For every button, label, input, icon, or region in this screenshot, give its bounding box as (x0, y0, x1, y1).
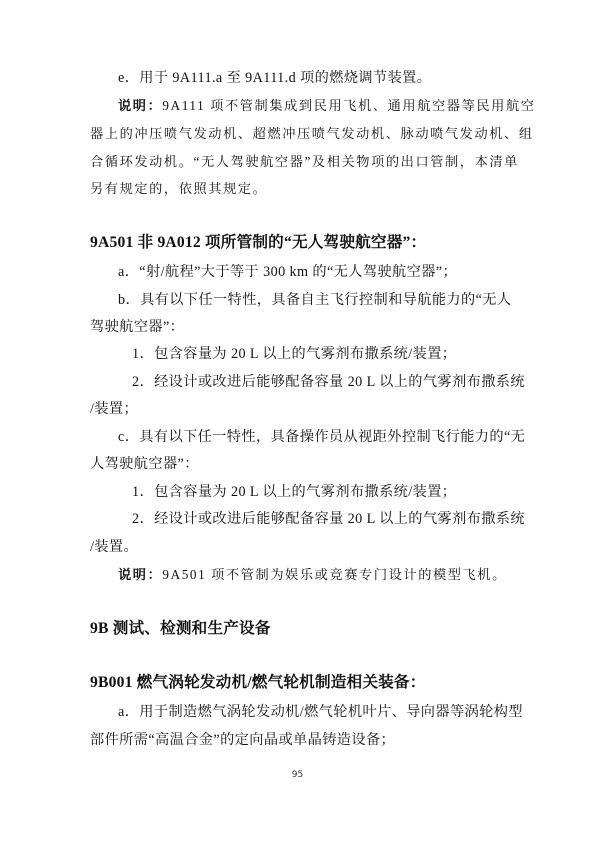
line-text: 合循环发动机。“无人驾驶航空器”及相关物项的出口管制，本清单 (90, 154, 519, 169)
line-text: 1．包含容量为 20 L 以上的气雾剂布撒系统/装置； (132, 484, 456, 500)
line-text: 9B 测试、检测和生产设备 (90, 620, 271, 637)
line-text: c．具有以下任一特性，具备操作员从视距外控制飞行能力的“无 (118, 429, 525, 445)
note-line: 合循环发动机。“无人驾驶航空器”及相关物项的出口管制，本清单 (90, 153, 519, 171)
line-text: /装置。 (90, 539, 138, 555)
text-line: b．具有以下任一特性，具备自主飞行控制和导航能力的“无人 (118, 291, 511, 309)
note-label: 说明： (118, 567, 162, 582)
line-text: 人驾驶航空器”： (90, 456, 199, 472)
line-text: 1．包含容量为 20 L 以上的气雾剂布撒系统/装置； (132, 346, 456, 362)
line-text: 9A501 非 9A012 项所管制的“无人驾驶航空器”： (90, 234, 426, 251)
text-line: c．具有以下任一特性，具备操作员从视距外控制飞行能力的“无 (118, 428, 525, 446)
line-text: 2．经设计或改进后能够配备容量 20 L 以上的气雾剂布撒系统 (132, 511, 525, 527)
line-text: a．用于制造燃气涡轮发动机/燃气轮机叶片、导向器等涡轮构型 (118, 704, 523, 720)
text-line: /装置； (90, 400, 138, 418)
line-text: a．“射/航程”大于等于 300 km 的“无人驾驶航空器”； (118, 264, 457, 280)
line-text: 9B001 燃气涡轮发动机/燃气轮机制造相关装备： (90, 674, 426, 691)
line-text: b．具有以下任一特性，具备自主飞行控制和导航能力的“无人 (118, 292, 511, 308)
line-text: e．用于 9A111.a 至 9A111.d 项的燃烧调节装置。 (118, 70, 431, 86)
page-number: 95 (0, 770, 595, 780)
text-line: 人驾驶航空器”： (90, 455, 199, 473)
section-heading: 9B001 燃气涡轮发动机/燃气轮机制造相关装备： (90, 674, 426, 692)
line-text: 2．经设计或改进后能够配备容量 20 L 以上的气雾剂布撒系统 (132, 374, 525, 390)
text-line: 2．经设计或改进后能够配备容量 20 L 以上的气雾剂布撒系统 (132, 373, 525, 391)
line-text: /装置； (90, 401, 138, 417)
text-line: e．用于 9A111.a 至 9A111.d 项的燃烧调节装置。 (118, 69, 431, 87)
section-heading: 9B 测试、检测和生产设备 (90, 620, 271, 638)
text-line: a．用于制造燃气涡轮发动机/燃气轮机叶片、导向器等涡轮构型 (118, 703, 523, 721)
note-label: 说明： (118, 98, 162, 113)
note-line: 器上的冲压喷气发动机、超燃冲压喷气发动机、脉动喷气发动机、组 (90, 125, 534, 143)
line-text: 部件所需“高温合金”的定向晶或单晶铸造设备； (90, 732, 395, 748)
text-line: 驾驶航空器”： (90, 318, 184, 336)
line-text: 9A501 项不管制为娱乐或竞赛专门设计的模型飞机。 (162, 567, 507, 582)
text-line: 2．经设计或改进后能够配备容量 20 L 以上的气雾剂布撒系统 (132, 510, 525, 528)
text-line: 1．包含容量为 20 L 以上的气雾剂布撒系统/装置； (132, 483, 456, 501)
text-line: 1．包含容量为 20 L 以上的气雾剂布撒系统/装置； (132, 345, 456, 363)
note-line: 说明：9A501 项不管制为娱乐或竞赛专门设计的模型飞机。 (118, 566, 507, 584)
line-text: 另有规定的，依照其规定。 (90, 181, 267, 196)
line-text: 9A111 项不管制集成到民用飞机、通用航空器等民用航空 (162, 98, 535, 113)
section-heading: 9A501 非 9A012 项所管制的“无人驾驶航空器”： (90, 234, 426, 252)
line-text: 器上的冲压喷气发动机、超燃冲压喷气发动机、脉动喷气发动机、组 (90, 126, 534, 141)
line-text: 驾驶航空器”： (90, 319, 184, 335)
note-line: 说明：9A111 项不管制集成到民用飞机、通用航空器等民用航空 (118, 97, 536, 115)
text-line: 部件所需“高温合金”的定向晶或单晶铸造设备； (90, 731, 395, 749)
text-line: a．“射/航程”大于等于 300 km 的“无人驾驶航空器”； (118, 263, 457, 281)
text-line: /装置。 (90, 538, 138, 556)
note-line: 另有规定的，依照其规定。 (90, 180, 267, 198)
